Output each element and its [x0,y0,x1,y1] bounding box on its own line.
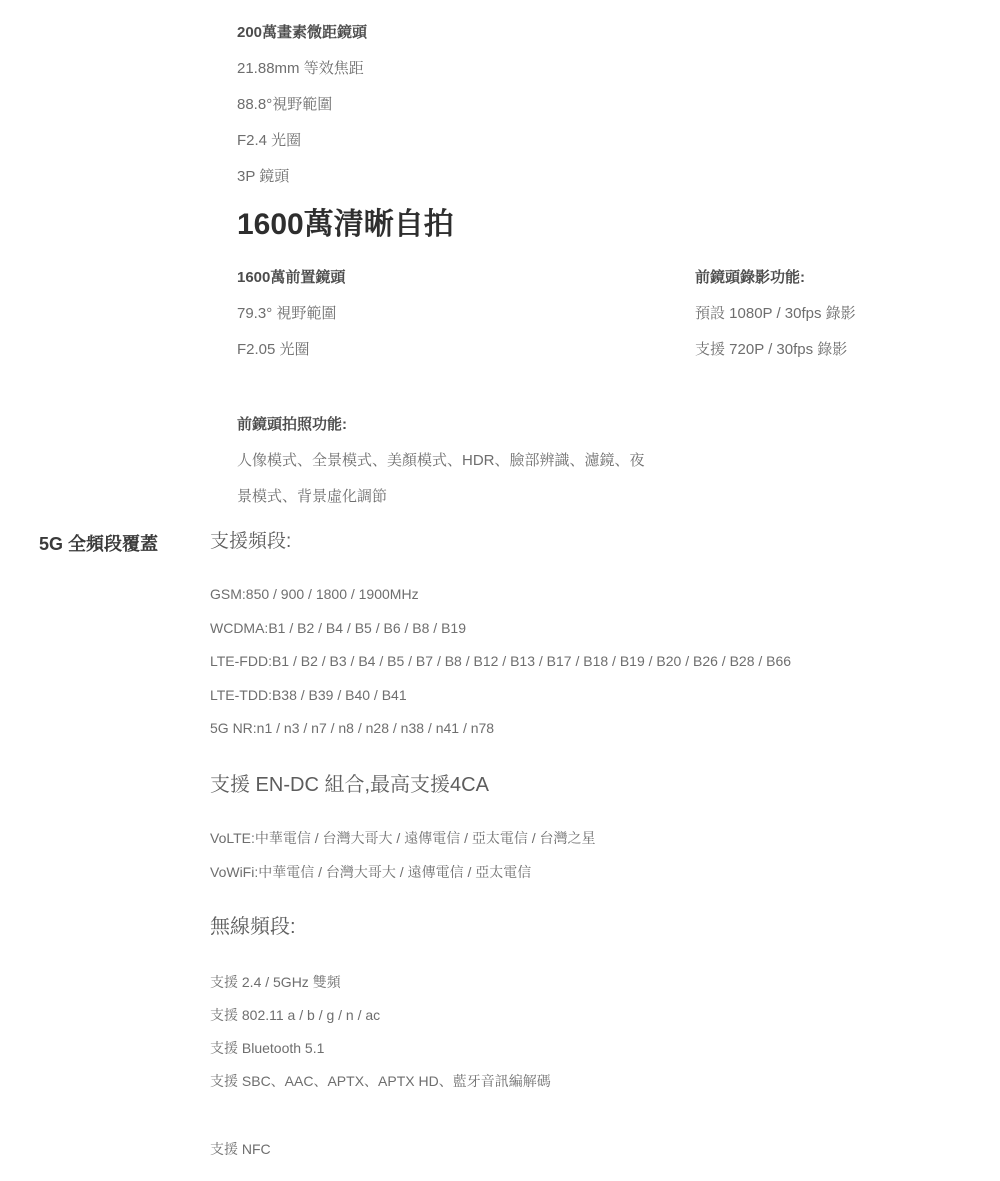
network-section-label: 5G 全頻段覆蓋 [39,531,158,557]
macro-camera-spec-lens: 3P 鏡頭 [237,159,367,195]
front-camera-title: 1600萬前置鏡頭 [237,260,345,296]
selfie-section-heading: 1600萬清晰自拍 [237,203,454,247]
volte-line: VoLTE:中華電信 / 台灣大哥大 / 遠傳電信 / 亞太電信 / 台灣之星 [210,822,596,856]
front-photo-modes-line2: 景模式、背景虛化調節 [237,479,645,515]
front-camera-spec-aperture: F2.05 光圈 [237,332,345,368]
band-line-wcdma: WCDMA:B1 / B2 / B4 / B5 / B6 / B8 / B19 [210,612,791,646]
front-camera-photo-functions: 前鏡頭拍照功能: 人像模式、全景模式、美顏模式、HDR、臉部辨識、濾鏡、夜 景模… [237,407,645,515]
front-camera-video-functions: 前鏡頭錄影功能: 預設 1080P / 30fps 錄影 支援 720P / 3… [695,260,856,368]
wireless-line-bluetooth: 支援 Bluetooth 5.1 [210,1032,551,1065]
band-line-gsm: GSM:850 / 900 / 1800 / 1900MHz [210,578,791,612]
band-line-lte-fdd: LTE-FDD:B1 / B2 / B3 / B4 / B5 / B7 / B8… [210,645,791,679]
wireless-list: 支援 2.4 / 5GHz 雙頻 支援 802.11 a / b / g / n… [210,966,551,1098]
front-video-spec-default: 預設 1080P / 30fps 錄影 [695,296,856,332]
macro-camera-title: 200萬畫素微距鏡頭 [237,15,367,51]
macro-camera-spec-fov: 88.8°視野範圍 [237,87,367,123]
wireless-line-codecs: 支援 SBC、AAC、APTX、APTX HD、藍牙音訊編解碼 [210,1065,551,1098]
band-line-lte-tdd: LTE-TDD:B38 / B39 / B40 / B41 [210,679,791,713]
front-camera-spec-fov: 79.3° 視野範圍 [237,296,345,332]
ca-subheading: 支援 EN-DC 組合,最高支援4CA [210,770,489,800]
macro-camera-section: 200萬畫素微距鏡頭 21.88mm 等效焦距 88.8°視野範圍 F2.4 光… [237,15,367,195]
wireless-line-dualband: 支援 2.4 / 5GHz 雙頻 [210,966,551,999]
front-photo-modes-line1: 人像模式、全景模式、美顏模式、HDR、臉部辨識、濾鏡、夜 [237,443,645,479]
macro-camera-spec-aperture: F2.4 光圈 [237,123,367,159]
wireless-line-80211: 支援 802.11 a / b / g / n / ac [210,999,551,1032]
macro-camera-spec-focal: 21.88mm 等效焦距 [237,51,367,87]
volte-list: VoLTE:中華電信 / 台灣大哥大 / 遠傳電信 / 亞太電信 / 台灣之星 … [210,822,596,889]
bands-subheading: 支援頻段: [210,528,291,556]
nfc-line: 支援 NFC [210,1139,271,1159]
band-line-5g-nr: 5G NR:n1 / n3 / n7 / n8 / n28 / n38 / n4… [210,712,791,746]
front-video-title: 前鏡頭錄影功能: [695,260,856,296]
vowifi-line: VoWiFi:中華電信 / 台灣大哥大 / 遠傳電信 / 亞太電信 [210,856,596,890]
front-video-spec-supported: 支援 720P / 30fps 錄影 [695,332,856,368]
front-camera-specs: 1600萬前置鏡頭 79.3° 視野範圍 F2.05 光圈 [237,260,345,368]
front-photo-title: 前鏡頭拍照功能: [237,407,645,443]
band-list: GSM:850 / 900 / 1800 / 1900MHz WCDMA:B1 … [210,578,791,746]
wireless-subheading: 無線頻段: [210,912,296,942]
